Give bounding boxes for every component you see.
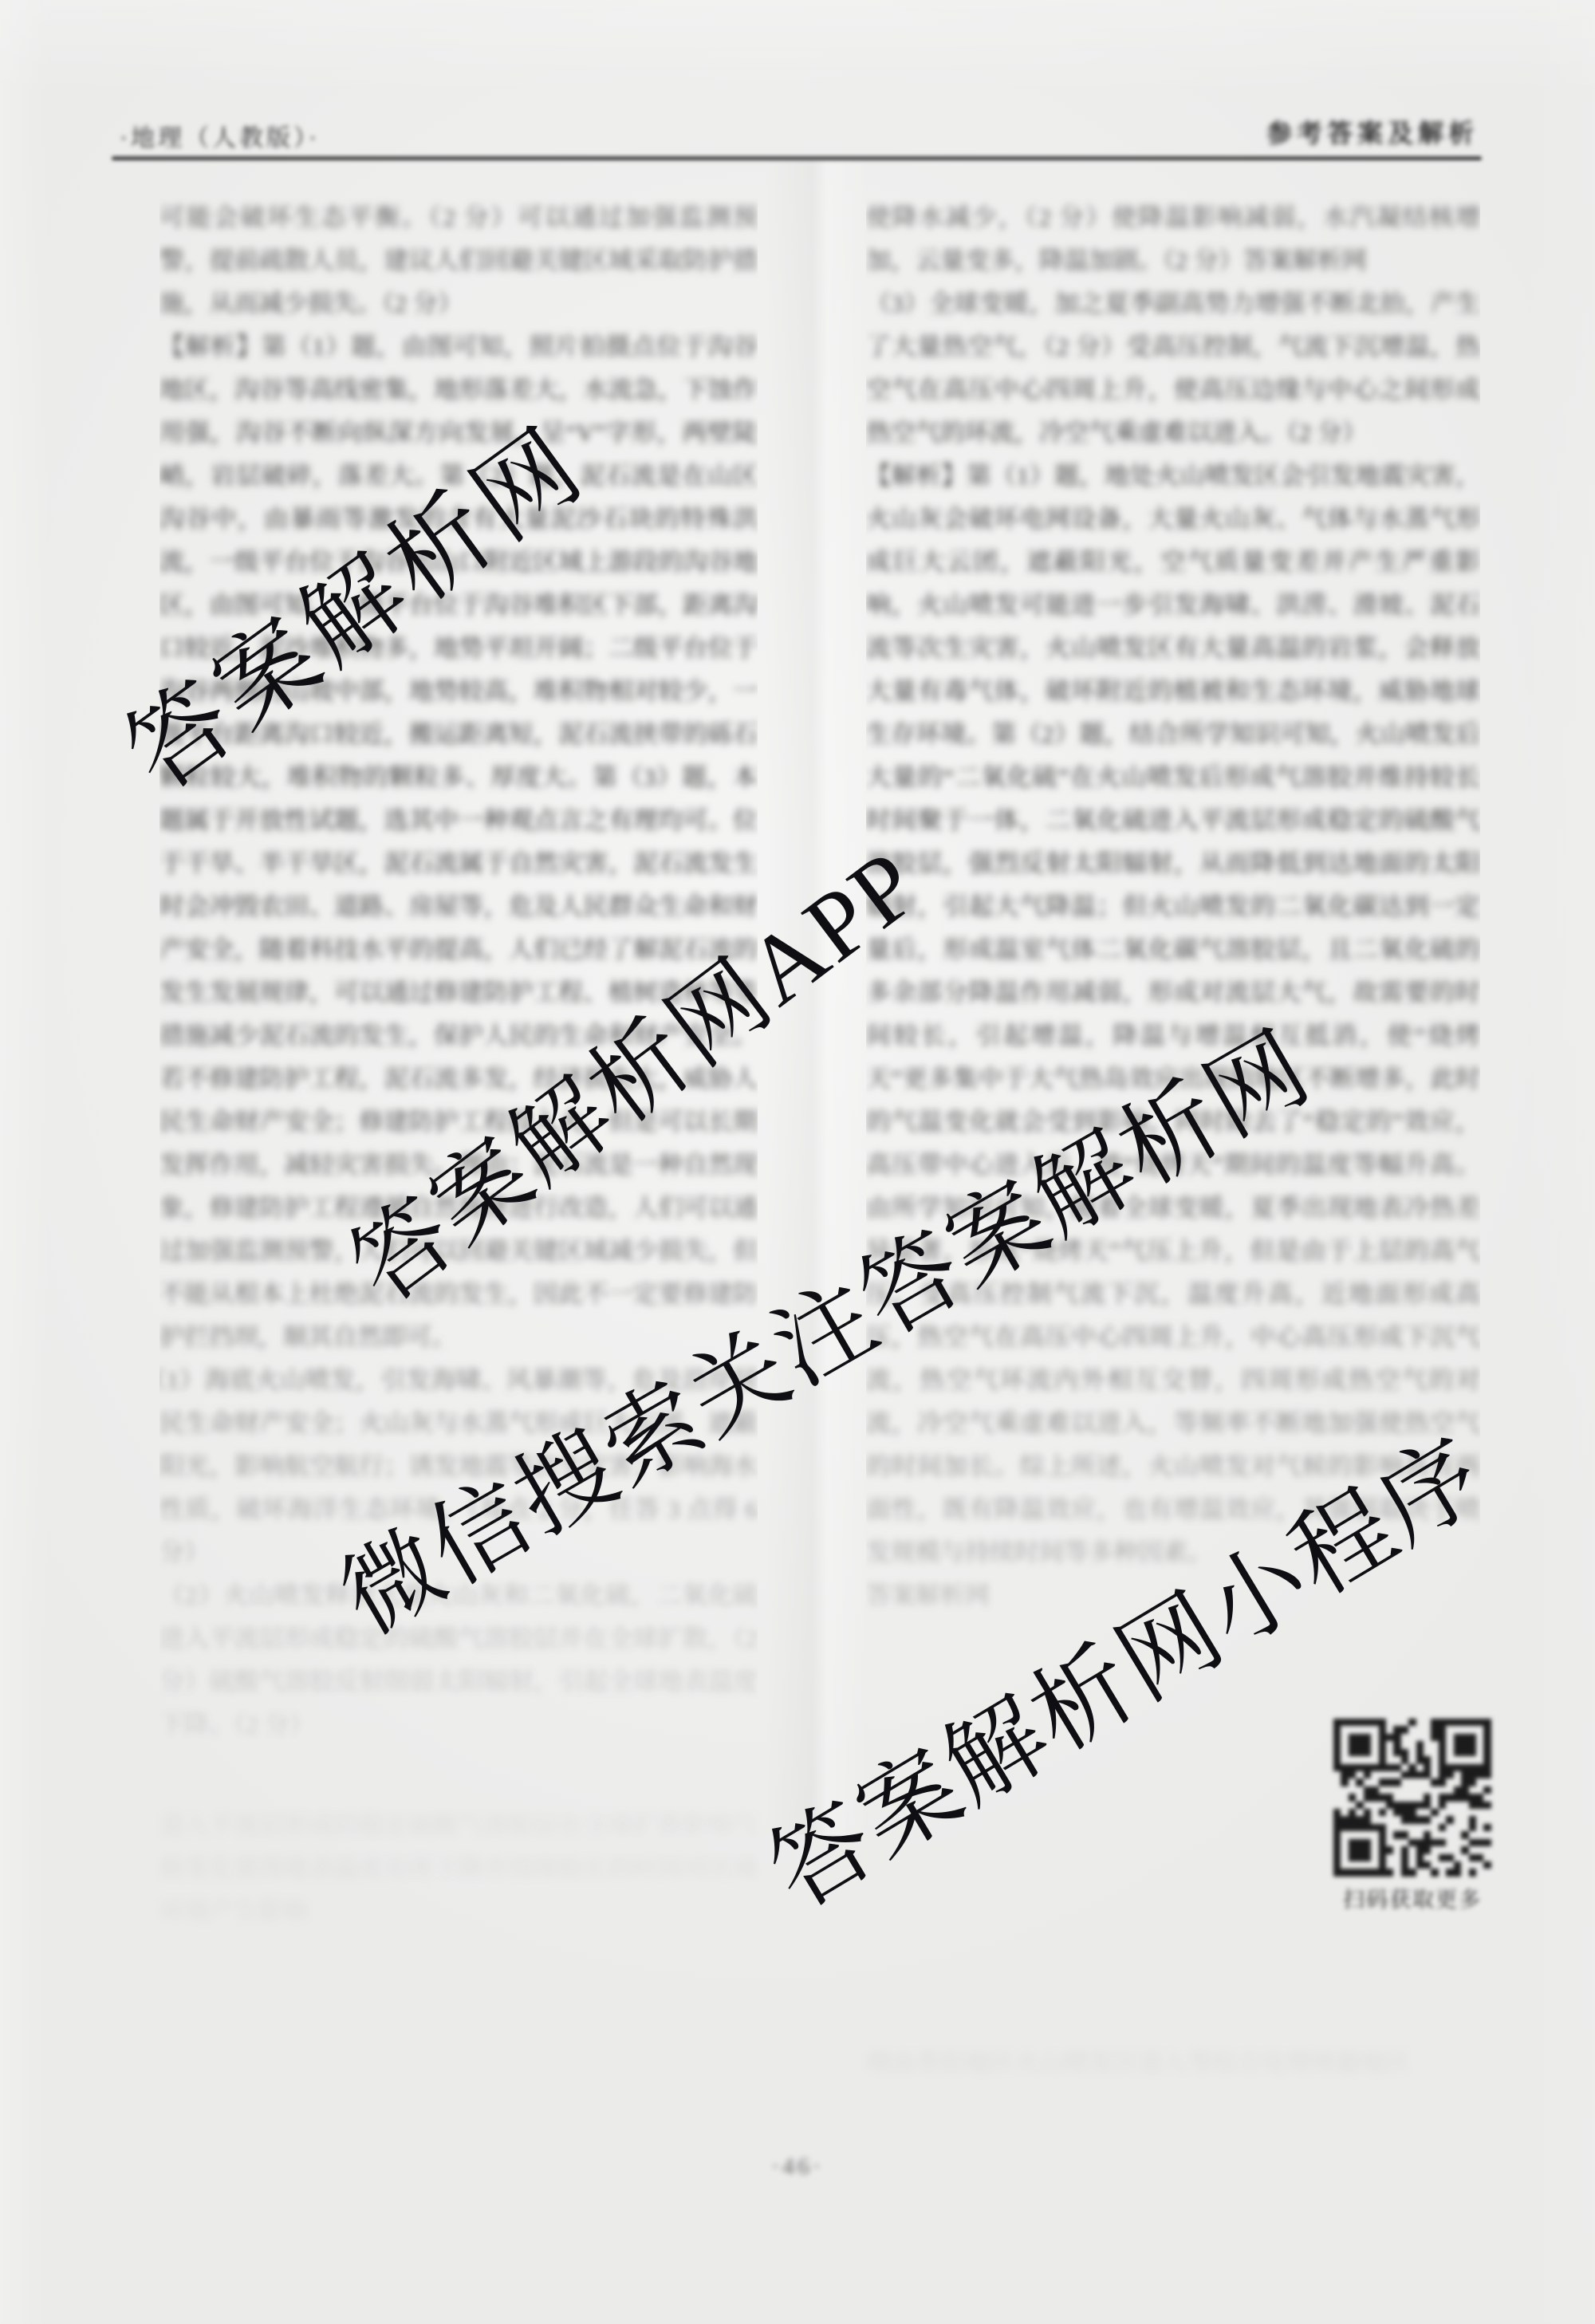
header-title: 参考答案及解析 <box>1266 113 1479 150</box>
qr-row <box>1333 1809 1491 1816</box>
qr-row <box>1333 1771 1491 1778</box>
body-paragraph: 【解析】第（1）题，地处火山喷发区会引发地震灾害，火山灰会破坏电网设备，大量火山… <box>866 455 1480 1574</box>
qr-row <box>1333 1816 1491 1823</box>
qr-row <box>1333 1869 1491 1876</box>
text-column-left: 可能会破坏生态平衡。（2 分）可以通过加强监测预警，提前疏散人员，建议人们回避关… <box>159 196 758 1759</box>
qr-row <box>1333 1741 1491 1748</box>
qr-row <box>1333 1824 1491 1831</box>
header-subject: ·地理（人教版）· <box>120 118 320 153</box>
qr-row <box>1333 1734 1491 1741</box>
scanned-answer-page: ·地理（人教版）· 参考答案及解析 可能会破坏生态平衡。（2 分）可以通过加强监… <box>0 0 1595 2324</box>
qr-row <box>1333 1794 1491 1801</box>
qr-row <box>1333 1756 1491 1763</box>
body-paragraph: （3）全球变暖，加之夏季副高势力增强不断北抬，产生了大量热空气，（2 分）受高压… <box>866 282 1480 455</box>
qr-row <box>1333 1786 1491 1794</box>
body-paragraph: （2）火山喷发释放大量火山灰和二氧化硫，二氧化硫进入平流层形成稳定的硫酸气溶胶层… <box>159 1574 758 1747</box>
ghost-bleedthrough-left: 进入平流层形成的稳定硫酸气溶胶层在全球扩散影响气候变化使得地表温度有所下降并持续… <box>159 1804 758 1933</box>
page-number: ·46· <box>0 2153 1595 2180</box>
qr-row <box>1333 1802 1491 1809</box>
qr-row <box>1333 1839 1491 1846</box>
qr-row <box>1333 1846 1491 1853</box>
qr-row <box>1333 1861 1491 1869</box>
qr-row <box>1333 1719 1491 1726</box>
header-rule <box>112 156 1482 160</box>
qr-row <box>1333 1764 1491 1771</box>
qr-row <box>1333 1778 1491 1786</box>
qr-row <box>1333 1749 1491 1756</box>
body-paragraph: 10.（1）海底火山喷发，引发海啸、风暴潮等，危及沿岸居民生命财产安全；火山灰与… <box>159 1359 758 1574</box>
qr-row <box>1333 1854 1491 1861</box>
qr-caption: 扫码获取更多 <box>1313 1882 1512 1913</box>
column-fold-shadow <box>766 160 869 1834</box>
qr-code <box>1333 1719 1491 1877</box>
body-paragraph: 可能会破坏生态平衡。（2 分）可以通过加强监测预警，提前疏散人员，建议人们回避关… <box>159 196 758 325</box>
text-column-right: 使降水减少，（2 分）使降温影响减弱，水汽凝结核增加，云量变多，降温加剧。（2 … <box>866 196 1480 1783</box>
qr-row <box>1333 1726 1491 1733</box>
ghost-bleedthrough-right: 理由类似地区火山喷发区进入等综合处理规避地区 <box>866 2042 1424 2085</box>
body-paragraph: 使降水减少，（2 分）使降温影响减弱，水汽凝结核增加，云量变多，降温加剧。（2 … <box>866 196 1480 282</box>
qr-row <box>1333 1831 1491 1838</box>
body-paragraph: 【解析】第（1）题，由图可知，照片拍摄点位于沟谷地区，沟谷等高线密集，地形落差大… <box>159 325 758 1359</box>
body-paragraph: 答案解析网 <box>866 1574 1480 1617</box>
